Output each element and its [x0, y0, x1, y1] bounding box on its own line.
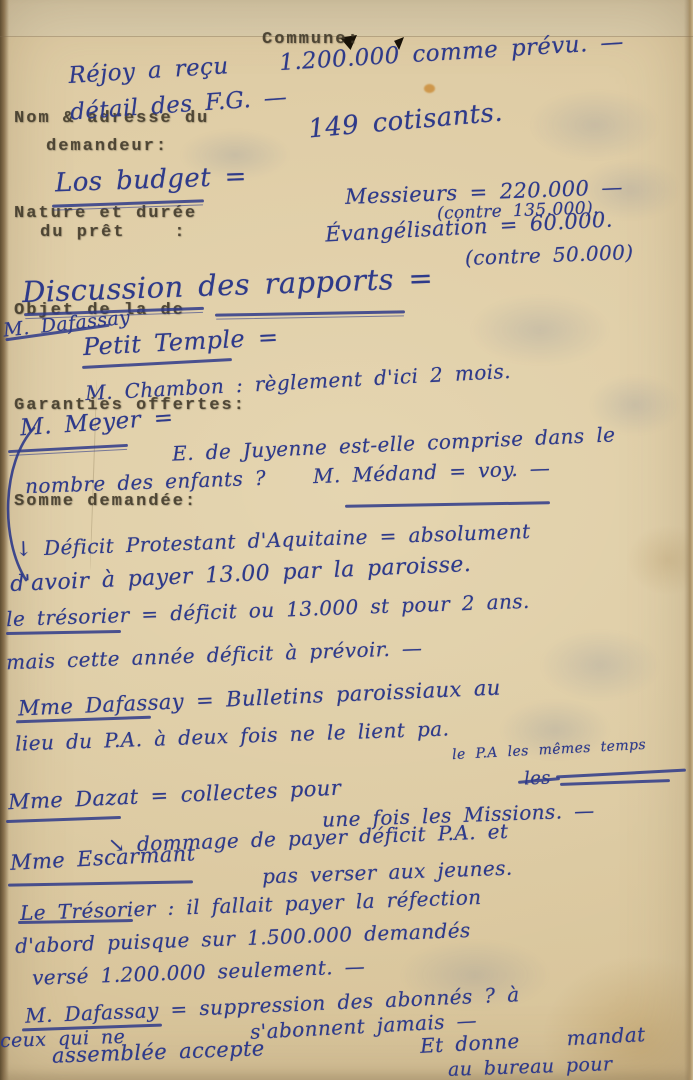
ink-underline	[345, 501, 550, 507]
strikethrough-mark	[556, 769, 686, 779]
handwritten-line: d'abord puisque sur 1.500.000 demandés	[15, 918, 471, 958]
form-label-du-pret: du prêt :	[40, 223, 186, 242]
form-label-nature-duree: Nature et durée	[14, 204, 197, 223]
bleedthrough-mark	[470, 295, 610, 365]
handwritten-line: (contre 50.000)	[465, 240, 634, 270]
handwritten-line: le trésorier = déficit ou 13.000 st pour…	[6, 589, 530, 631]
handwritten-line: mais cette année déficit à prévoir. —	[6, 636, 423, 675]
ink-underline	[8, 880, 193, 886]
handwritten-line: pas verser aux jeunes.	[262, 856, 513, 889]
bleedthrough-mark	[530, 90, 660, 160]
handwritten-line: Mme Escarmant	[9, 841, 196, 875]
handwritten-line: nombre des enfants ? M. Médand = voy. —	[25, 456, 551, 498]
form-label-demandeur: demandeur:	[46, 137, 168, 156]
ink-underline	[6, 816, 121, 823]
ink-underline	[6, 630, 121, 635]
strikethrough-mark	[560, 779, 670, 786]
handwritten-line: au bureau pour	[448, 1053, 613, 1080]
ink-stain	[424, 84, 435, 93]
handwritten-line: Mme Dazat = collectes pour	[8, 776, 342, 815]
bleedthrough-mark	[540, 630, 660, 700]
ink-underline	[215, 310, 405, 316]
notebook-page: Commune: Nom & adresse du demandeur: Nat…	[0, 0, 693, 1080]
handwritten-line: 149 cotisants.	[307, 98, 504, 145]
handwritten-line: lieu du P.A. à deux fois ne le lient pa.	[15, 716, 450, 755]
handwritten-line: Mme Dafassay = Bulletins paroissiaux au	[18, 675, 501, 720]
handwritten-line: versé 1.200.000 seulement. —	[32, 954, 366, 990]
handwritten-line: Los budget =	[55, 162, 248, 199]
handwritten-line: M. Chambon : règlement d'ici 2 mois.	[85, 359, 512, 405]
page-right-edge	[684, 0, 693, 1080]
handwritten-line: Discussion des rapports =	[22, 261, 434, 309]
